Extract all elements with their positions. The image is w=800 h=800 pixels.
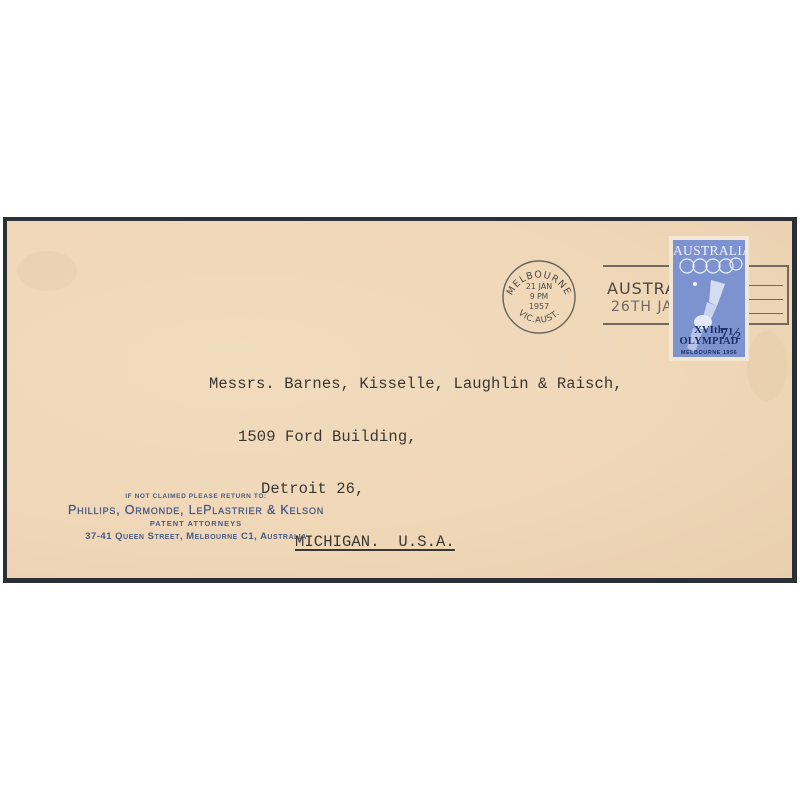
cancel-bar [787, 265, 789, 325]
postmark-time: 9 PM [530, 292, 548, 301]
return-notice: IF NOT CLAIMED PLEASE RETURN TO: [37, 493, 355, 500]
postmark-date: 21 JAN [526, 282, 552, 291]
address-line-1: Messrs. Barnes, Kisselle, Laughlin & Rai… [209, 376, 623, 394]
postmark-year: 1957 [529, 302, 549, 311]
return-firm: Phillips, Ormonde, LePlastrier & Kelson [37, 503, 355, 517]
return-profession: PATENT ATTORNEYS [37, 519, 355, 528]
stamp-city-year: MELBOURNE 1956 [673, 350, 745, 356]
return-address: IF NOT CLAIMED PLEASE RETURN TO: Phillip… [37, 493, 355, 542]
postmark-circular: MELBOURNE 21 JAN 9 PM 1957 VIC.AUST. [499, 255, 579, 335]
paper-stain [747, 331, 787, 401]
cancel-bar [743, 285, 783, 286]
cancel-bar [743, 299, 783, 300]
recipient-address: Messrs. Barnes, Kisselle, Laughlin & Rai… [209, 341, 623, 578]
return-street: 37-41 Queen Street, Melbourne C1, Austra… [37, 531, 355, 542]
envelope: MELBOURNE 21 JAN 9 PM 1957 VIC.AUST. AUS… [7, 221, 792, 578]
cancel-bar [743, 313, 783, 314]
stamp-event: XVIth OLYMPIAD [673, 325, 745, 347]
postage-stamp: AUSTRALIA 7½ XVIth OLYMPIAD MELBOURNE 19… [669, 236, 749, 361]
address-line-2: 1509 Ford Building, [238, 429, 623, 447]
paper-stain [17, 251, 77, 291]
